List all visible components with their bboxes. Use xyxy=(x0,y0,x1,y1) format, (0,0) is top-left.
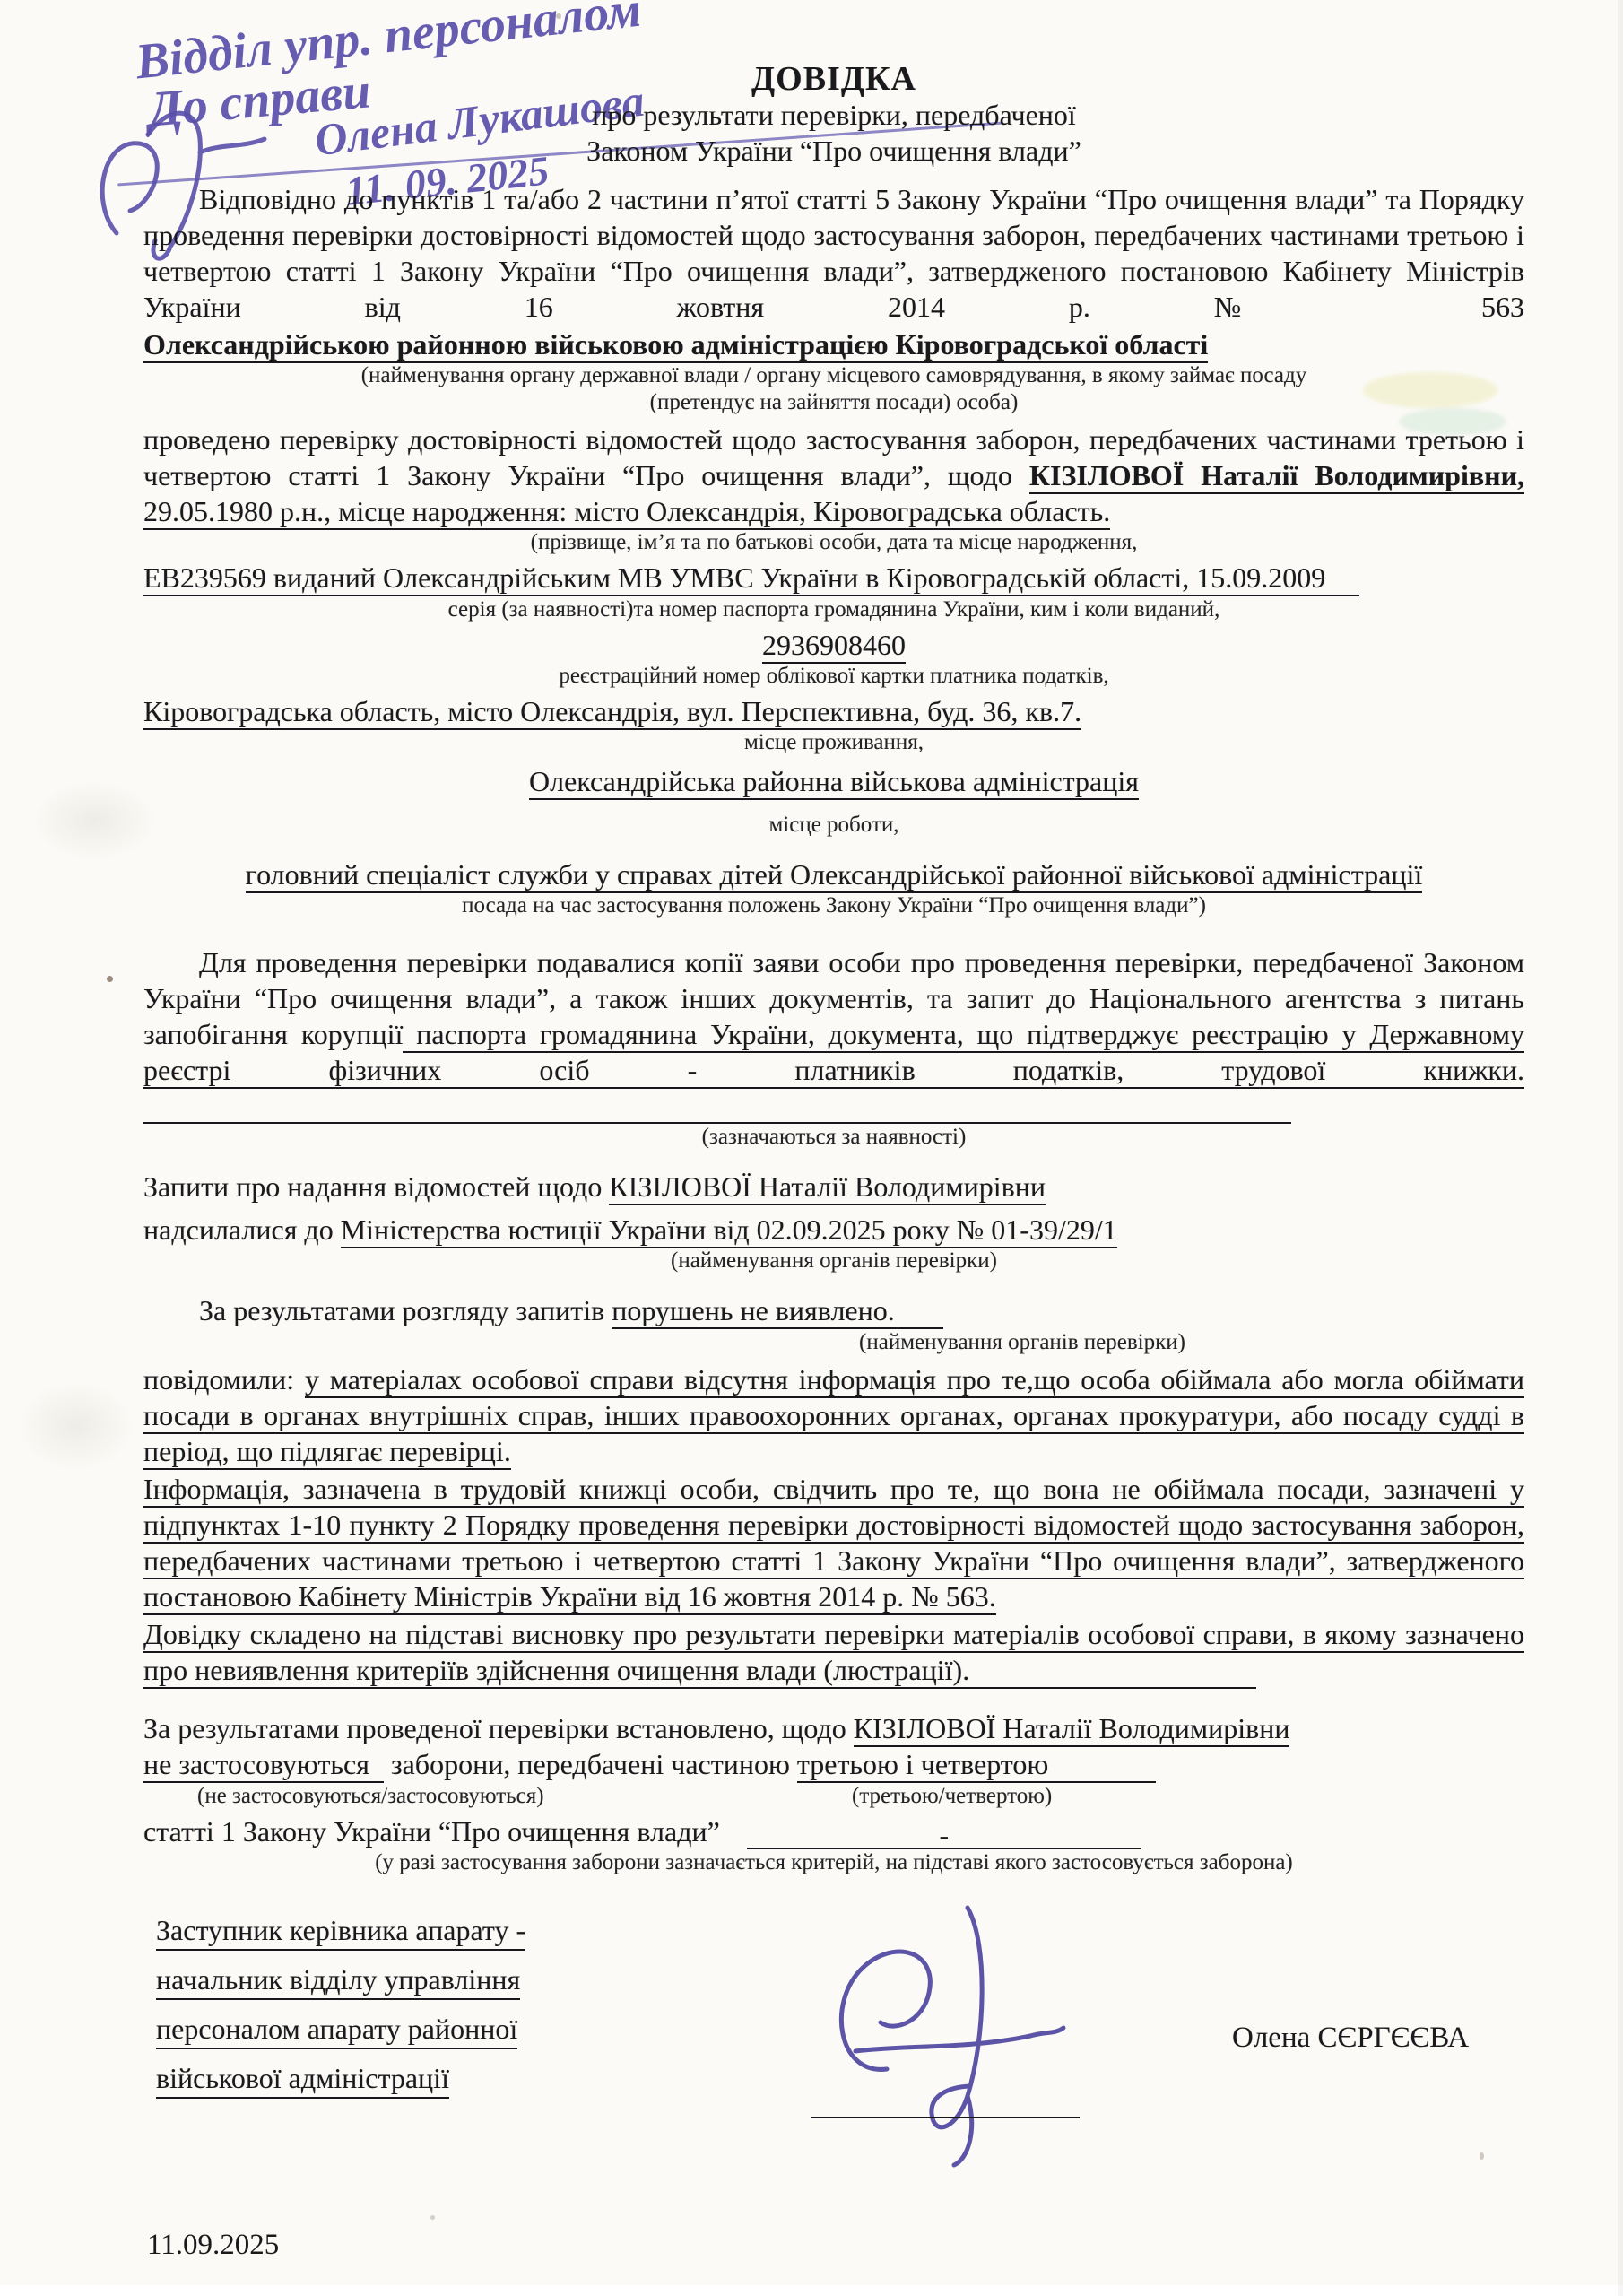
requests-intro: Запити про надання відомостей щодо xyxy=(143,1170,609,1203)
workplace-line: Олександрійська районна військова адміні… xyxy=(143,763,1524,799)
document-date: 11.09.2025 xyxy=(143,2229,1524,2262)
passport-value: ЕВ239569 виданий Олександрійським МВ УМВ… xyxy=(143,561,1325,596)
residence-caption: місце проживання, xyxy=(143,729,1524,756)
document-title: ДОВІДКА xyxy=(143,61,1524,97)
document-title-block: ДОВІДКА про результати перевірки, передб… xyxy=(143,61,1524,169)
document-content: ДОВІДКА про результати перевірки, передб… xyxy=(0,0,1623,2262)
paragraph-requests: Запити про надання відомостей щодо КІЗІЛ… xyxy=(143,1169,1524,1205)
final-blank-1 xyxy=(369,1751,384,1783)
final-intro: За результатами проведеної перевірки вст… xyxy=(143,1712,854,1744)
workplace-value: Олександрійська районна військова адміні… xyxy=(529,765,1139,800)
conclusion-text: Довідку складено на підставі висновку пр… xyxy=(143,1618,1524,1689)
document-subtitle-line1: про результати перевірки, передбаченої xyxy=(143,97,1524,133)
paragraph-requests-sent: надсилалися до Міністерства юстиції Укра… xyxy=(143,1212,1524,1248)
article-text: статті 1 Закону України “Про очищення вл… xyxy=(143,1815,720,1848)
document-subtitle-line2: Законом України “Про очищення влади” xyxy=(143,133,1524,169)
position-line: головний спеціаліст служби у справах діт… xyxy=(143,857,1524,892)
org-caption-line2: (претендує на зайняття посади) особа) xyxy=(143,389,1524,416)
scan-edge xyxy=(0,2285,1623,2296)
checked-person-birth: 29.05.1980 р.н., місце народження: місто… xyxy=(143,495,1110,530)
final-middle: заборони, передбачені частиною xyxy=(384,1748,797,1780)
conclusion-blank xyxy=(969,1657,1256,1689)
paragraph-legal-basis: Відповідно до пунктів 1 та/або 2 частини… xyxy=(143,181,1524,325)
signatory-title-line3: персоналом апарату районної xyxy=(156,2011,517,2049)
requests-caption: (найменування органів перевірки) xyxy=(143,1248,1524,1274)
tax-id-value: 2936908460 xyxy=(762,629,906,664)
documents-caption: (зазначаються за наявності) xyxy=(143,1124,1524,1151)
paragraph-final: За результатами проведеної перевірки вст… xyxy=(143,1710,1524,1783)
tax-id-caption: реєстраційний номер облікової картки пла… xyxy=(143,663,1524,690)
reported-label: повідомили: xyxy=(143,1363,305,1396)
article-caption: (у разі застосування заборони зазначаєть… xyxy=(143,1849,1524,1876)
residence-value: Кіровоградська область, місто Олександрі… xyxy=(143,695,1081,730)
reported-filled: у матеріалах особової справи відсутня ін… xyxy=(143,1363,1524,1470)
signature-icon xyxy=(802,1903,1098,2172)
position-value: головний спеціаліст служби у справах діт… xyxy=(246,858,1422,893)
documents-blank xyxy=(143,1091,1291,1124)
final-blank-2 xyxy=(1048,1751,1156,1783)
paragraph-labor-info: Інформація, зазначена в трудовій книжці … xyxy=(143,1471,1524,1614)
paragraph-conclusion: Довідку складено на підставі висновку пр… xyxy=(143,1616,1524,1689)
article-criterion-blank: - xyxy=(747,1817,1141,1849)
org-name: Олександрійською районною військовою адм… xyxy=(143,328,1208,363)
final-person-name: КІЗІЛОВОЇ Наталії Володимирівни xyxy=(854,1712,1290,1747)
checked-person-name: КІЗІЛОВОЇ Наталії Володимирівни, xyxy=(1029,459,1524,494)
final-caption-right: (третьою/четвертою) xyxy=(852,1783,1052,1810)
signatory-title-line1: Заступник керівника апарату - xyxy=(156,1912,525,1951)
labor-info-text: Інформація, зазначена в трудовій книжці … xyxy=(143,1473,1524,1615)
passport-caption: серія (за наявності)та номер паспорта гр… xyxy=(143,596,1524,623)
checked-caption: (прізвище, ім’я та по батькові особи, да… xyxy=(143,529,1524,556)
final-parts: третьою і четвертою xyxy=(797,1748,1048,1783)
paragraph-checked-person: проведено перевірку достовірності відомо… xyxy=(143,422,1524,529)
results-caption: (найменування органів перевірки) xyxy=(143,1329,1524,1356)
paragraph-results: За результатами розгляду запитів порушен… xyxy=(143,1292,1524,1329)
signatory-title-line2: начальник відділу управління xyxy=(156,1961,520,2000)
signature-block: Заступник керівника апарату - начальник … xyxy=(143,1912,1524,2177)
passport-blank xyxy=(1325,564,1359,596)
tax-id-line: 2936908460 xyxy=(143,627,1524,663)
workplace-caption: місце роботи, xyxy=(143,812,1524,839)
requests-sent-to: Міністерства юстиції України від 02.09.2… xyxy=(341,1213,1117,1248)
results-blank xyxy=(902,1297,943,1329)
org-name-line: Олександрійською районною військовою адм… xyxy=(143,326,1524,362)
final-caption-left: (не застосовуються/застосовуються) xyxy=(197,1783,544,1810)
results-filled: порушень не виявлено. xyxy=(612,1294,902,1329)
residence-line: Кіровоградська область, місто Олександрі… xyxy=(143,693,1524,729)
final-not-applied: не застосовуються xyxy=(143,1748,369,1783)
signature-area xyxy=(802,1903,1098,2177)
requests-sent-prefix: надсилалися до xyxy=(143,1213,341,1246)
signatory-titles: Заступник керівника апарату - начальник … xyxy=(156,1912,712,2109)
results-intro: За результатами розгляду запитів xyxy=(199,1294,612,1326)
scanned-certificate-page: Відділ упр. персоналом До справи Олена Л… xyxy=(0,0,1623,2296)
signatory-title-line4: військової адміністрації xyxy=(156,2060,449,2099)
paragraph-article: статті 1 Закону України “Про очищення вл… xyxy=(143,1813,1524,1849)
signatory-name: Олена СЄРГЄЄВА xyxy=(1232,2020,1469,2056)
requests-person-name: КІЗІЛОВОЇ Наталії Володимирівни xyxy=(609,1170,1046,1205)
paragraph-reported: повідомили: у матеріалах особової справи… xyxy=(143,1361,1524,1469)
signature-underline xyxy=(811,2117,1080,2118)
final-captions-row: (не застосовуються/застосовуються) (трет… xyxy=(143,1783,1524,1810)
position-caption: посада на час застосування положень Зако… xyxy=(143,892,1524,919)
org-caption-line1: (найменування органу державної влади / о… xyxy=(143,362,1524,389)
paragraph-documents: Для проведення перевірки подавалися копі… xyxy=(143,944,1524,1124)
passport-line: ЕВ239569 виданий Олександрійським МВ УМВ… xyxy=(143,560,1524,596)
